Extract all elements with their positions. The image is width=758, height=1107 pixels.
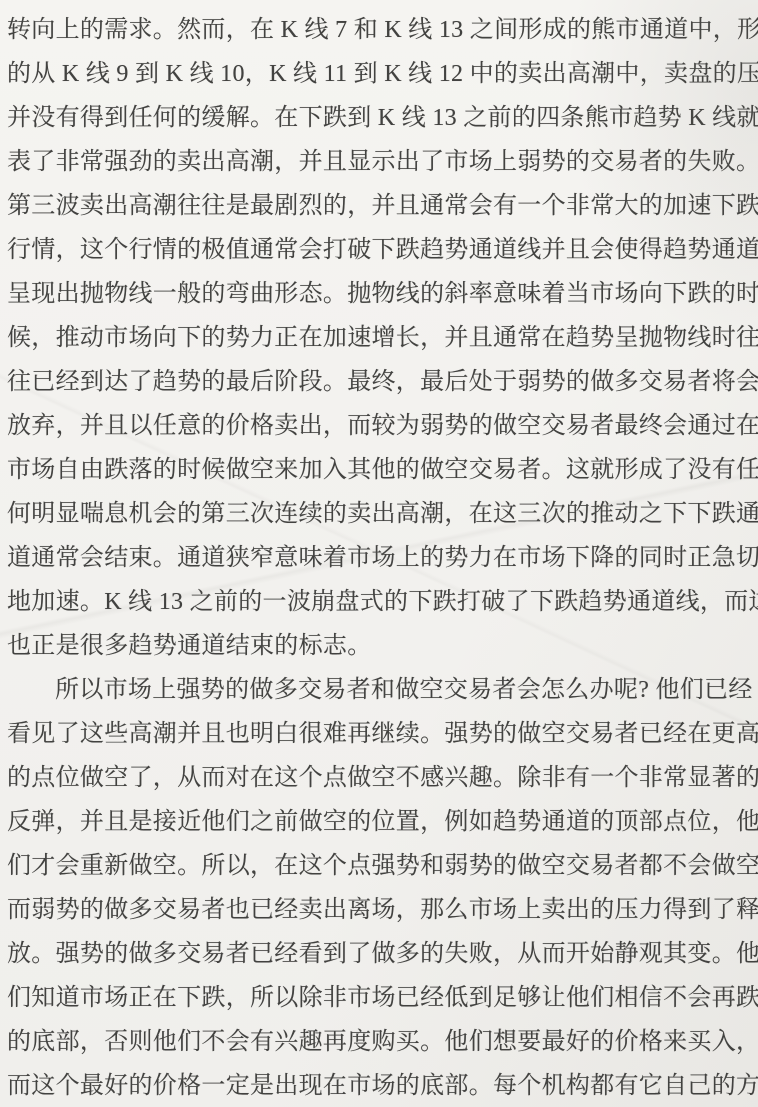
- text-line: 道通常会结束。通道狭窄意味着市场上的势力在市场下降的同时正急切: [7, 536, 752, 580]
- text-line: 放弃，并且以任意的价格卖出，而较为弱势的做空交易者最终会通过在: [7, 404, 752, 448]
- text-line: 市场自由跌落的时候做空来加入其他的做空交易者。这就形成了没有任: [7, 448, 752, 492]
- text-line: 表了非常强劲的卖出高潮，并且显示出了市场上弱势的交易者的失败。: [7, 140, 752, 184]
- text-line: 并没有得到任何的缓解。在下跌到 K 线 13 之前的四条熊市趋势 K 线就代: [7, 96, 752, 140]
- text-line-paragraph-start: 所以市场上强势的做多交易者和做空交易者会怎么办呢? 他们已经: [7, 668, 752, 712]
- text-line: 们才会重新做空。所以，在这个点强势和弱势的做空交易者都不会做空，: [7, 844, 752, 888]
- text-line: 反弹，并且是接近他们之前做空的位置，例如趋势通道的顶部点位，他: [7, 800, 752, 844]
- book-page: 转向上的需求。然而，在 K 线 7 和 K 线 13 之间形成的熊市通道中，形成…: [0, 0, 758, 1107]
- text-line: 而这个最好的价格一定是出现在市场的底部。每个机构都有它自己的方: [7, 1064, 752, 1107]
- text-line: 转向上的需求。然而，在 K 线 7 和 K 线 13 之间形成的熊市通道中，形成: [7, 8, 752, 52]
- text-line: 的底部，否则他们不会有兴趣再度购买。他们想要最好的价格来买入，: [7, 1020, 752, 1064]
- text-line: 而弱势的做多交易者也已经卖出离场，那么市场上卖出的压力得到了释: [7, 888, 752, 932]
- text-line: 放。强势的做多交易者已经看到了做多的失败，从而开始静观其变。他: [7, 932, 752, 976]
- text-line: 的从 K 线 9 到 K 线 10，K 线 11 到 K 线 12 中的卖出高潮…: [7, 52, 752, 96]
- text-line: 何明显喘息机会的第三次连续的卖出高潮，在这三次的推动之下下跌通: [7, 492, 752, 536]
- text-line: 呈现出抛物线一般的弯曲形态。抛物线的斜率意味着当市场向下跌的时: [7, 272, 752, 316]
- text-line-paragraph-end: 也正是很多趋势通道结束的标志。: [7, 624, 752, 668]
- text-line: 候，推动市场向下的势力正在加速增长，并且通常在趋势呈抛物线时往: [7, 316, 752, 360]
- text-line: 地加速。K 线 13 之前的一波崩盘式的下跌打破了下跌趋势通道线，而这: [7, 580, 752, 624]
- text-line: 看见了这些高潮并且也明白很难再继续。强势的做空交易者已经在更高: [7, 712, 752, 756]
- text-line: 行情，这个行情的极值通常会打破下跌趋势通道线并且会使得趋势通道: [7, 228, 752, 272]
- text-line: 的点位做空了，从而对在这个点做空不感兴趣。除非有一个非常显著的: [7, 756, 752, 800]
- text-line: 往已经到达了趋势的最后阶段。最终，最后处于弱势的做多交易者将会: [7, 360, 752, 404]
- text-line: 第三波卖出高潮往往是最剧烈的，并且通常会有一个非常大的加速下跌: [7, 184, 752, 228]
- text-line: 们知道市场正在下跌，所以除非市场已经低到足够让他们相信不会再跌: [7, 976, 752, 1020]
